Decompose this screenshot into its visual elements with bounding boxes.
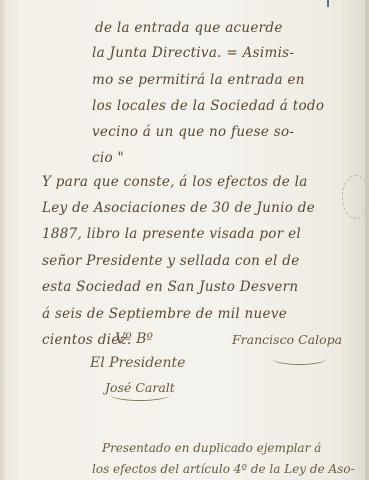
body-line: vecino á un que no fuese so- <box>92 124 294 140</box>
signature-flourish <box>110 388 170 401</box>
body-line: la Junta Directiva. = Asimis- <box>92 45 294 61</box>
body-line: cio " <box>92 150 124 166</box>
body-line: de la entrada que acuerde <box>95 20 283 36</box>
page-edge <box>365 0 369 480</box>
president-title: El Presidente <box>90 355 185 371</box>
ink-mark <box>327 0 329 7</box>
body-line: señor Presidente y sellada con el de <box>42 253 300 269</box>
body-line: Y para que conste, á los efectos de la <box>42 174 308 190</box>
body-line: esta Sociedad en San Justo Desvern <box>42 279 298 295</box>
body-line: á seis de Septiembre de mil nueve <box>42 306 287 322</box>
body-line: 1887, libro la presente visada por el <box>42 226 301 242</box>
body-line: Ley de Asociaciones de 30 de Junio de <box>42 200 315 216</box>
approval-mark: Vº Bº <box>115 331 153 347</box>
body-line: los locales de la Sociedad á todo <box>92 98 324 114</box>
body-line: mo se permitirá la entrada en <box>92 72 305 88</box>
manuscript-page: de la entrada que acuerde la Junta Direc… <box>0 0 369 480</box>
signature-flourish <box>272 352 327 365</box>
ink-stamp <box>342 175 369 219</box>
secretary-signature: Francisco Calopa <box>232 332 342 347</box>
footer-line: los efectos del artículo 4º de la Ley de… <box>92 462 355 476</box>
footer-line: Presentado en duplicado ejemplar á <box>102 441 321 455</box>
